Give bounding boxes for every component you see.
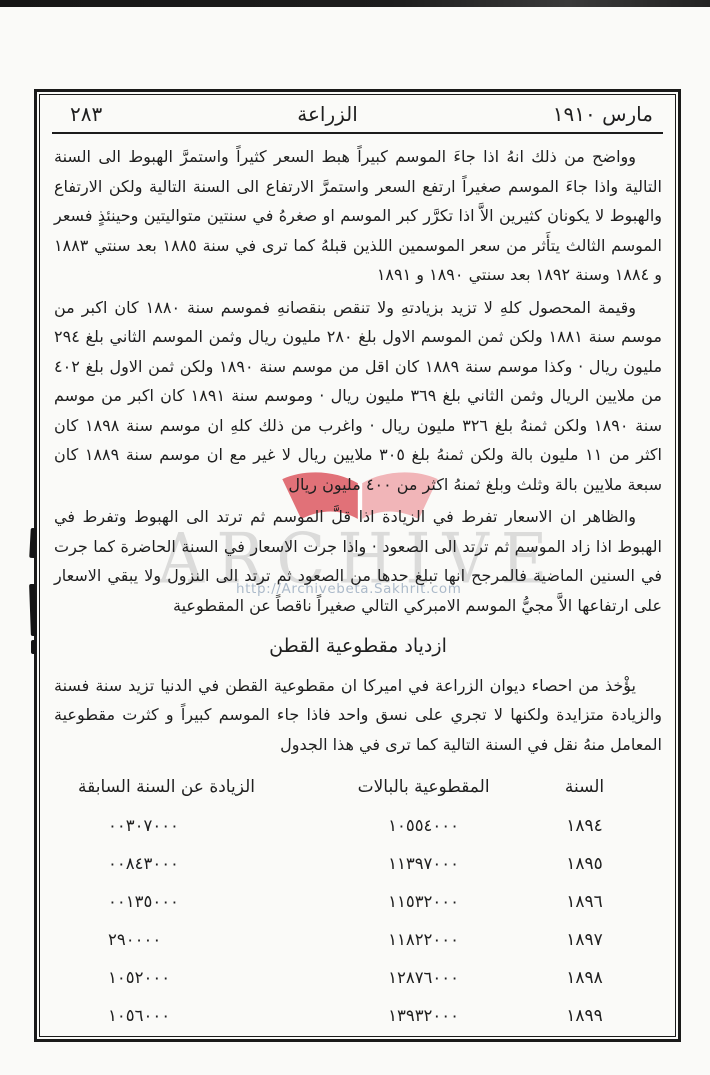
cotton-output-table: السنة المقطوعية بالبالات الزيادة عن السن… [60, 773, 656, 1037]
year-value: ١٨٩٥ [513, 850, 656, 880]
table-row: ١٨٩٦ ١١٥٣٢٠٠٠ ٠٠١٣٥٠٠٠ [60, 887, 656, 925]
increase-value: ٠٠١٣٥٠٠٠ [60, 887, 334, 917]
year-value: ١٨٩٩ [513, 1002, 656, 1032]
year-value: ١٨٩٨ [513, 964, 656, 994]
bales-value: ١١٣٩٧٠٠٠ [334, 849, 513, 879]
table-row: ١٨٩٨ ١٢٨٧٦٠٠٠ ١٠٥٢٠٠٠ [60, 963, 656, 1001]
increase-value: ٠٠٣٠٧٠٠٠ [60, 811, 334, 841]
increase-value: ٠٠٨٤٣٠٠٠ [60, 849, 334, 879]
table-header-row: السنة المقطوعية بالبالات الزيادة عن السن… [60, 773, 656, 807]
increase-value: ٢٩٠٠٠٠ [60, 925, 334, 955]
paragraph: يؤْخذ من احصاء ديوان الزراعة في اميركا ا… [54, 671, 662, 760]
column-header-bales: المقطوعية بالبالات [334, 773, 513, 803]
year-value: ١٨٩٦ [513, 888, 656, 918]
bales-value: ١٢٨٧٦٠٠٠ [334, 963, 513, 993]
scan-artifact [31, 640, 36, 654]
bales-value: ١١٥٣٢٠٠٠ [334, 887, 513, 917]
section-heading: ازدياد مقطوعية القطن [54, 632, 662, 662]
page-frame-inner: مارس ١٩١٠ الزراعة ٢٨٣ وواضح من ذلك انهُ … [39, 94, 676, 1037]
issue-date: مارس ١٩١٠ [553, 102, 653, 126]
table-row: ١٨٩٤ ١٠٥٥٤٠٠٠ ٠٠٣٠٧٠٠٠ [60, 811, 656, 849]
scan-edge-top [0, 0, 710, 7]
bales-value: ١٣٩٣٢٠٠٠ [334, 1001, 513, 1031]
column-header-increase: الزيادة عن السنة السابقة [60, 773, 334, 803]
increase-value: ١٠٥٦٠٠٠ [60, 1001, 334, 1031]
paragraph: وقيمة المحصول كلهِ لا تزيد بزيادتهِ ولا … [54, 293, 662, 500]
table-row: ١٨٩٩ ١٣٩٣٢٠٠٠ ١٠٥٦٠٠٠ [60, 1001, 656, 1037]
article-body: وواضح من ذلك انهُ اذا جاءَ الموسم كبيراً… [40, 134, 675, 1037]
table-row: ١٨٩٥ ١١٣٩٧٠٠٠ ٠٠٨٤٣٠٠٠ [60, 849, 656, 887]
page-number: ٢٨٣ [70, 102, 102, 126]
bales-value: ١٠٥٥٤٠٠٠ [334, 811, 513, 841]
increase-value: ١٠٥٢٠٠٠ [60, 963, 334, 993]
scanned-journal-page: { "doc": { "header": { "issue_date": "ما… [0, 0, 710, 1075]
journal-title: الزراعة [297, 102, 358, 126]
year-value: ١٨٩٧ [513, 926, 656, 956]
column-header-year: السنة [513, 773, 656, 803]
page-frame: مارس ١٩١٠ الزراعة ٢٨٣ وواضح من ذلك انهُ … [34, 89, 681, 1042]
year-value: ١٨٩٤ [513, 812, 656, 842]
paragraph: والظاهر ان الاسعار تفرط في الزيادة اذا ق… [54, 502, 662, 620]
bales-value: ١١٨٢٢٠٠٠ [334, 925, 513, 955]
page-header: مارس ١٩١٠ الزراعة ٢٨٣ [40, 95, 675, 128]
table-row: ١٨٩٧ ١١٨٢٢٠٠٠ ٢٩٠٠٠٠ [60, 925, 656, 963]
paragraph: وواضح من ذلك انهُ اذا جاءَ الموسم كبيراً… [54, 142, 662, 290]
